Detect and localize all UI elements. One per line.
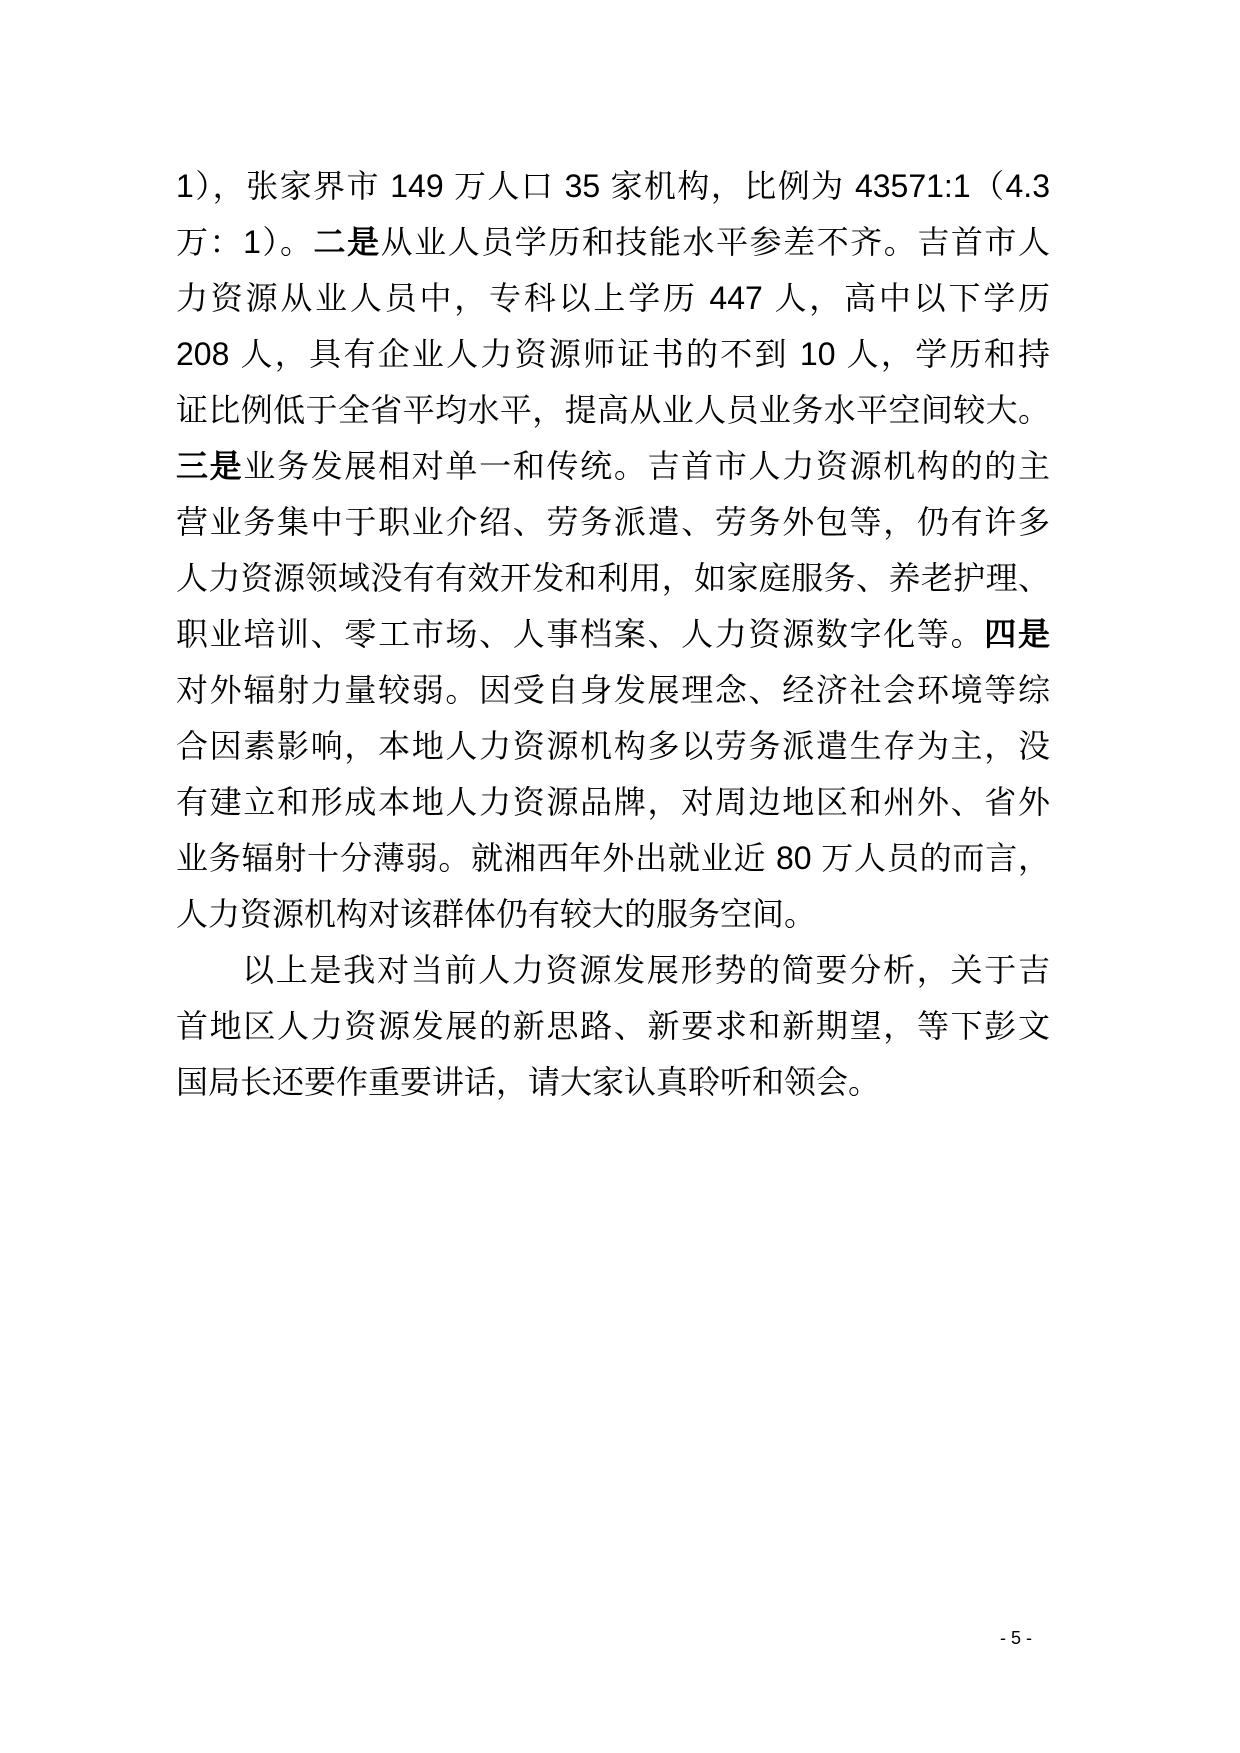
text-line: 业务辐射十分薄弱。就湘西年外出就业近 80 万人员的而言，: [176, 830, 1050, 886]
text-line: 1），张家界市 149 万人口 35 家机构，比例为 43571:1（4.3: [176, 158, 1050, 214]
text-run: 对外辐射力量较弱。因受自身发展理念、经济社会环境等综: [176, 672, 1050, 708]
text-line: 以上是我对当前人力资源发展形势的简要分析，关于吉: [176, 942, 1050, 998]
text-line: 对外辐射力量较弱。因受自身发展理念、经济社会环境等综: [176, 662, 1050, 718]
text-run: 有建立和形成本地人力资源品牌，对周边地区和州外、省外: [176, 784, 1050, 820]
text-line: 证比例低于全省平均水平，提高从业人员业务水平空间较大。: [176, 382, 1050, 438]
text-run: 人力资源机构对该群体仍有较大的服务空间。: [176, 896, 816, 932]
text-run: 业务辐射十分薄弱。就湘西年外出就业近 80 万人员的而言，: [176, 840, 1050, 876]
text-line: 人力资源领域没有有效开发和利用，如家庭服务、养老护理、: [176, 550, 1050, 606]
text-line: 国局长还要作重要讲话，请大家认真聆听和领会。: [176, 1054, 1050, 1110]
text-run: 208 人，具有企业人力资源师证书的不到 10 人，学历和持: [176, 336, 1050, 372]
text-run: 以上是我对当前人力资源发展形势的简要分析，关于吉: [242, 952, 1050, 988]
text-line: 人力资源机构对该群体仍有较大的服务空间。: [176, 886, 1050, 942]
text-run: 1），张家界市 149 万人口 35 家机构，比例为 43571:1（4.3: [176, 168, 1050, 204]
text-run: 业务发展相对单一和传统。吉首市人力资源机构的的主: [243, 448, 1050, 484]
text-line: 合因素影响，本地人力资源机构多以劳务派遣生存为主，没: [176, 718, 1050, 774]
text-run: 首地区人力资源发展的新思路、新要求和新期望，等下彭文: [176, 1008, 1050, 1044]
text-run: 人力资源领域没有有效开发和利用，如家庭服务、养老护理、: [176, 560, 1050, 596]
emphasis-run: 四是: [984, 616, 1050, 652]
text-line: 208 人，具有企业人力资源师证书的不到 10 人，学历和持: [176, 326, 1050, 382]
emphasis-run: 三是: [176, 448, 243, 484]
emphasis-run: 二是: [314, 224, 381, 260]
document-body: 1），张家界市 149 万人口 35 家机构，比例为 43571:1（4.3万：…: [176, 158, 1050, 1110]
text-run: 合因素影响，本地人力资源机构多以劳务派遣生存为主，没: [176, 728, 1050, 764]
text-run: 万：1）。: [176, 224, 314, 260]
text-run: 职业培训、零工市场、人事档案、人力资源数字化等。: [176, 616, 984, 652]
text-line: 首地区人力资源发展的新思路、新要求和新期望，等下彭文: [176, 998, 1050, 1054]
text-run: 国局长还要作重要讲话，请大家认真聆听和领会。: [176, 1064, 880, 1100]
text-run: 从业人员学历和技能水平参差不齐。吉首市人: [381, 224, 1050, 260]
text-run: 营业务集中于职业介绍、劳务派遣、劳务外包等，仍有许多: [176, 504, 1050, 540]
document-page: 1），张家界市 149 万人口 35 家机构，比例为 43571:1（4.3万：…: [0, 0, 1240, 1753]
text-line: 力资源从业人员中，专科以上学历 447 人，高中以下学历: [176, 270, 1050, 326]
text-line: 万：1）。二是从业人员学历和技能水平参差不齐。吉首市人: [176, 214, 1050, 270]
text-line: 职业培训、零工市场、人事档案、人力资源数字化等。四是: [176, 606, 1050, 662]
text-line: 营业务集中于职业介绍、劳务派遣、劳务外包等，仍有许多: [176, 494, 1050, 550]
text-line: 三是业务发展相对单一和传统。吉首市人力资源机构的的主: [176, 438, 1050, 494]
page-number: - 5 -: [1000, 1626, 1032, 1650]
text-run: 证比例低于全省平均水平，提高从业人员业务水平空间较大。: [176, 392, 1050, 428]
text-line: 有建立和形成本地人力资源品牌，对周边地区和州外、省外: [176, 774, 1050, 830]
text-run: 力资源从业人员中，专科以上学历 447 人，高中以下学历: [176, 280, 1050, 316]
